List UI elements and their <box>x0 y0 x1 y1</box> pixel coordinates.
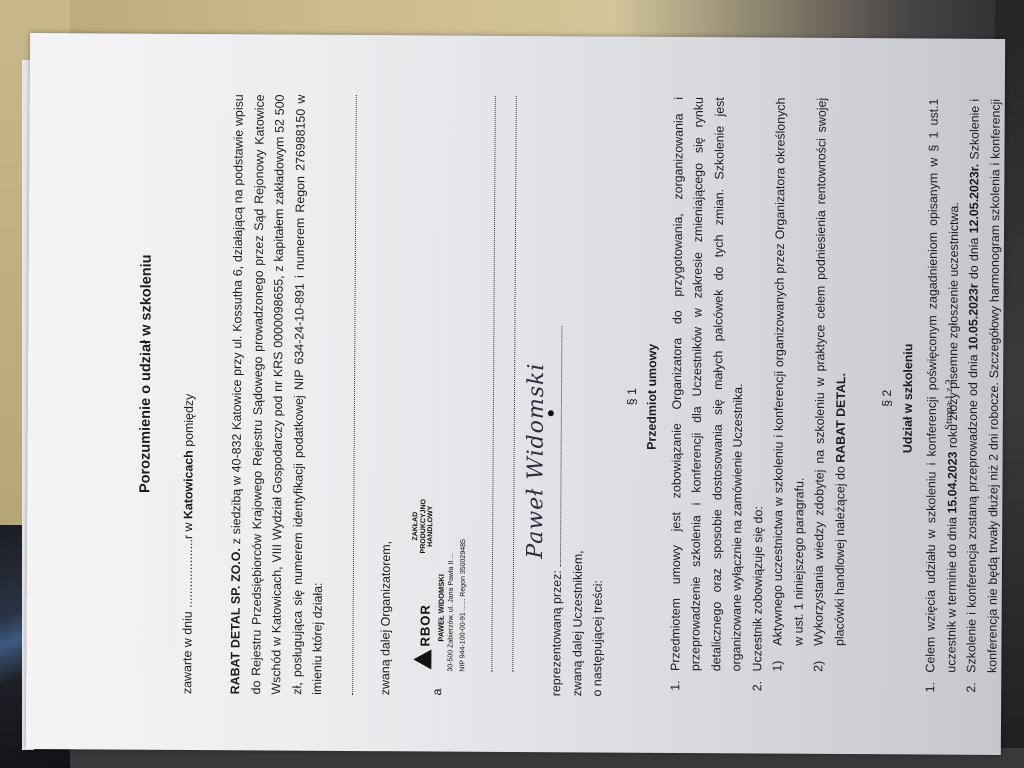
stamp-logo-text: RBOR <box>417 604 432 646</box>
stamp-zaklad: ZAKŁAD PRODUKCYJNO HANDLOWY <box>412 499 435 554</box>
section1-sublist: 1)Aktywnego uczestnictwa w szkoleniu i k… <box>767 98 853 672</box>
start-date: 10.05.2023r <box>966 283 980 350</box>
company-stamp: RBOR ZAKŁAD PRODUKCYJNO HANDLOWY PAWEŁ W… <box>411 411 479 671</box>
page-footer: Strona 1 z 2 <box>938 55 963 755</box>
date-line: zawarte w dniu ....................r w K… <box>177 94 201 694</box>
party1-paragraph: RABAT DETAL SP. ZO.O. z siedzibą w 40-83… <box>225 94 331 695</box>
arbor-logo-icon <box>413 649 431 669</box>
section2-list: Celem wzięcia udziału w szkoleniu i konf… <box>920 98 1005 699</box>
stamp-nip-regon: NIP 944-100-00-91 ...... Regon 350029485 <box>459 539 468 672</box>
page-content: Porozumienie o udział w szkoleniu zawart… <box>134 94 1005 700</box>
date-suffix: pomiędzy <box>181 394 195 451</box>
signature-field: Paweł Widomski <box>546 327 562 567</box>
section1-item: Uczestnik zobowiązuje się do: 1)Aktywneg… <box>747 97 853 678</box>
subitem-number: 2) <box>808 661 829 672</box>
ink-dot <box>548 410 554 416</box>
party1-name: RABAT DETAL SP. ZO.O. <box>228 548 243 694</box>
blank-line <box>498 96 517 672</box>
section1-item-text: Uczestnik zobowiązuje się do: <box>750 506 765 671</box>
stamp-owner: PAWEŁ WIDOMSKI <box>437 574 445 641</box>
section1-item: Przedmiotem umowy jest zobowiązanie Orga… <box>665 97 751 677</box>
handwritten-signature: Paweł Widomski <box>526 363 548 559</box>
section1-subitem: 1)Aktywnego uczestnictwa w szkoleniu i k… <box>767 98 811 652</box>
subitem-number: 1) <box>767 661 788 672</box>
document-title: Porozumienie o udział w szkoleniu <box>134 94 158 654</box>
section1-list: Przedmiotem umowy jest zobowiązanie Orga… <box>665 97 853 698</box>
subitem-bold: RABAT DETAL. <box>833 373 848 463</box>
represented-by-line: reprezentowaną przez: Paweł Widomski <box>545 96 570 696</box>
following-label: o następującej treści: <box>587 96 611 696</box>
participant-details: RBOR ZAKŁAD PRODUKCYJNO HANDLOWY PAWEŁ W… <box>411 95 523 672</box>
section2-item: Szkolenie i konferencja zostaną przeprow… <box>961 99 1005 679</box>
item-text: do dnia <box>967 233 981 283</box>
section1-subitem: 2)Wykorzystania wiedzy zdobytej na szkol… <box>808 98 852 652</box>
section1-title: Przedmiot umowy <box>640 97 664 697</box>
date-prefix: zawarte w dniu <box>180 608 195 694</box>
subitem-text: Aktywnego uczestnictwa w szkoleniu i kon… <box>770 98 806 646</box>
signatory-blank-line <box>334 95 357 695</box>
blank-line <box>477 96 496 672</box>
stamp-address: 30-500 Zabierzów, ul. Jana Pawła II ... <box>447 553 456 672</box>
item-text: Szkolenie i konferencja zostaną przeprow… <box>964 350 980 673</box>
document-page: Porozumienie o udział w szkoleniu zawart… <box>60 49 1004 755</box>
subitem-text: Wykorzystania wiedzy zdobytej na szkolen… <box>811 98 847 646</box>
date-r: r w <box>181 519 195 539</box>
section2-title: Udział w szkoleniu <box>896 98 920 698</box>
represented-by-label: reprezentowaną przez: <box>549 567 564 697</box>
stamp-logo: RBOR <box>413 604 431 669</box>
party1-text: z siedzibą w 40-832 Katowice przy ul. Ko… <box>229 94 325 695</box>
stamp-zaklad-line: HANDLOWY <box>427 499 435 553</box>
and-label: a <box>411 671 448 695</box>
organizer-label: zwaną dalej Organizatorem, <box>375 95 399 695</box>
date-city: Katowicach <box>181 450 195 519</box>
document-paper: Porozumienie o udział w szkoleniu zawart… <box>26 33 1005 755</box>
end-date: 12.05.2023r. <box>967 164 981 234</box>
participant-stamp-row: a RBOR ZAKŁAD PRODUKCYJNO HANDLOWY PAWEŁ… <box>411 95 523 696</box>
date-blank: .................... <box>180 539 194 608</box>
